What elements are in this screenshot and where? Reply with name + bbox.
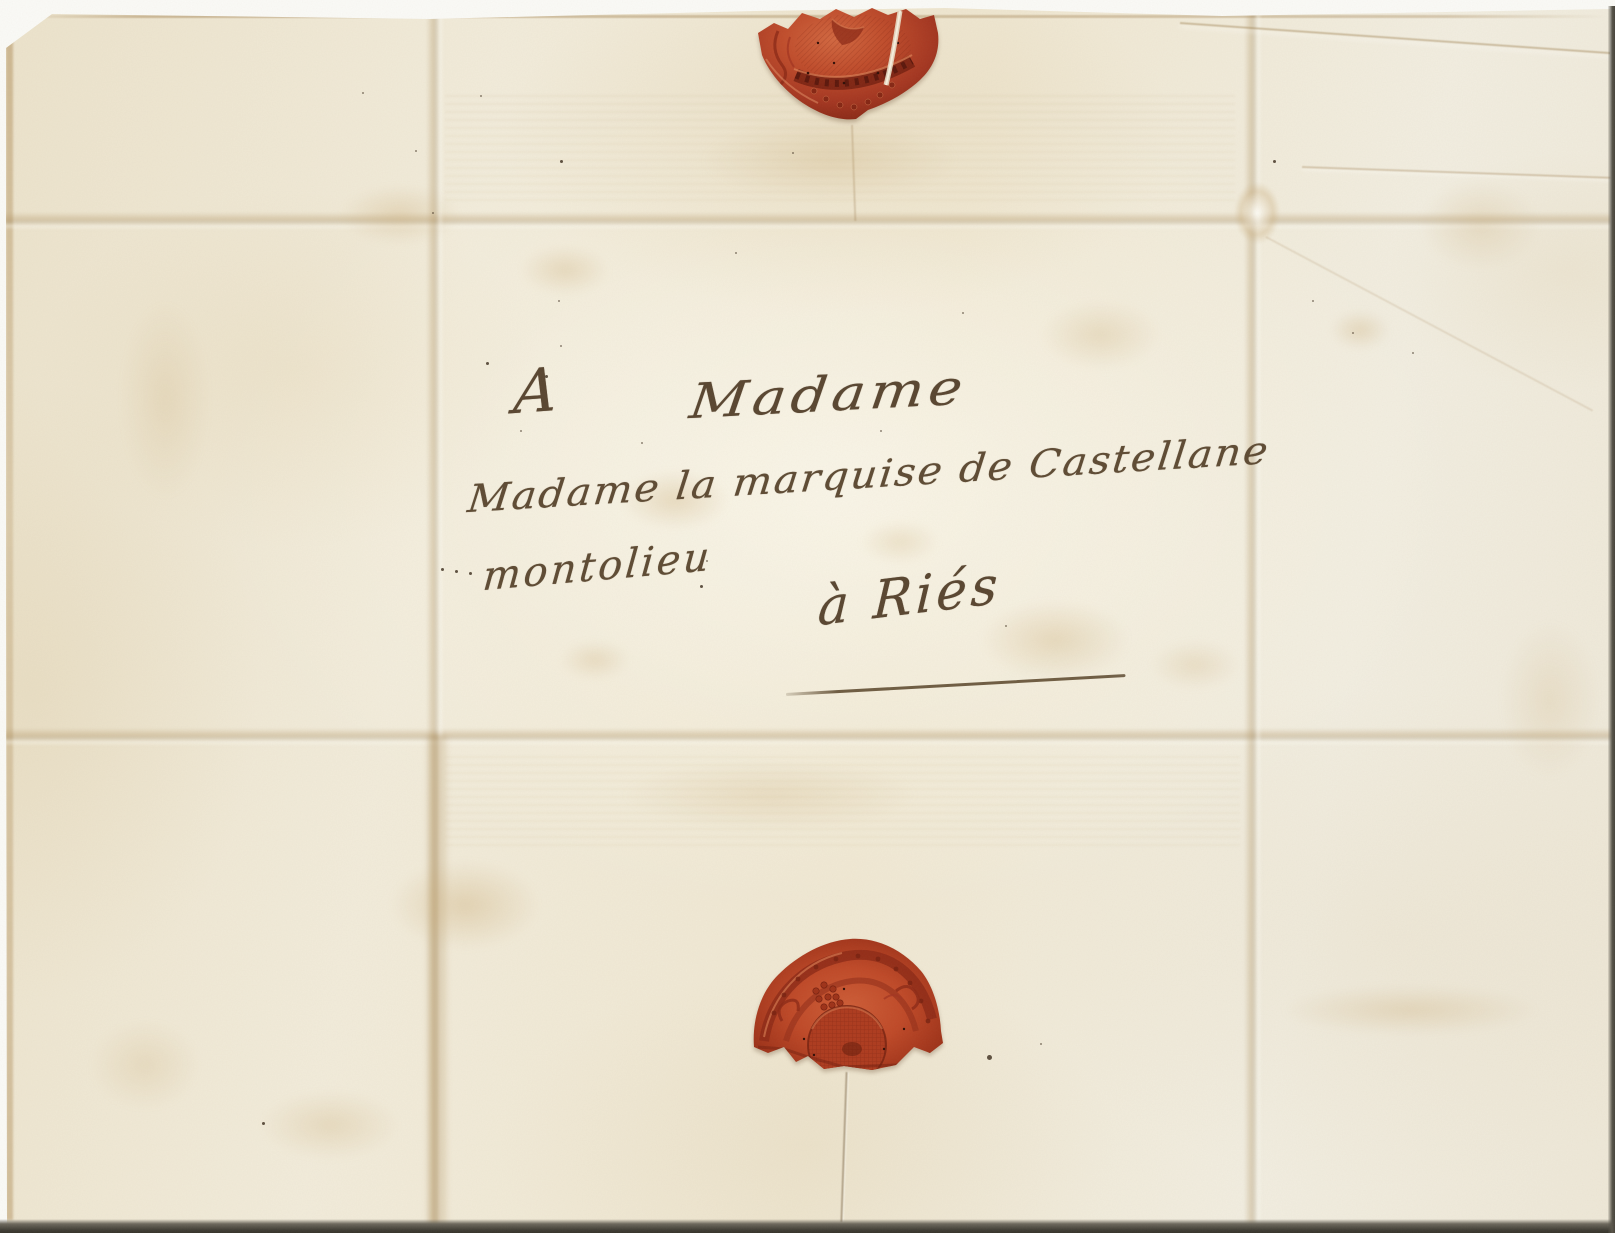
address-destination: à Riés [816, 555, 1003, 638]
stain [860, 520, 940, 564]
stain [1330, 310, 1390, 350]
stain [260, 1090, 400, 1160]
stain [700, 120, 960, 200]
ink-speck [1352, 332, 1354, 334]
stain [90, 1020, 200, 1110]
stain [1280, 985, 1540, 1035]
stain [340, 185, 460, 245]
ink-speck [1273, 160, 1276, 163]
ink-speck [560, 160, 563, 163]
address-underline [786, 674, 1126, 696]
stain [1150, 640, 1240, 690]
stain [560, 640, 630, 680]
address-recipient-title: Madame [687, 359, 971, 430]
red-wax-seal-top [748, 3, 948, 125]
ink-speck [455, 570, 458, 573]
address-recipient-line: Madame la marquise de Castellane [465, 428, 1272, 521]
ink-speck [486, 362, 489, 365]
stain [1040, 300, 1160, 370]
ink-speck [441, 568, 444, 571]
ink-speck [792, 152, 794, 154]
ink-speck [558, 300, 560, 302]
paper-left-edge [6, 40, 13, 1220]
fold-line-horizontal-top [0, 212, 1615, 230]
ink-speck [362, 92, 364, 94]
fold-line-horizontal-bottom [0, 728, 1615, 746]
ink-speck [1005, 625, 1007, 627]
stain [620, 760, 920, 830]
ink-speck [700, 585, 703, 588]
ink-speck [962, 312, 964, 314]
ink-speck [1040, 1043, 1042, 1045]
stain [980, 600, 1130, 680]
stain [390, 860, 540, 950]
fold-tan-shading [424, 735, 450, 1233]
ink-speck [1412, 352, 1414, 354]
scan-shadow-right [1608, 6, 1615, 1233]
ink-speck [880, 430, 882, 432]
red-wax-seal-bottom [744, 929, 950, 1074]
stain [1420, 180, 1540, 270]
paper-tear-bottom [840, 1072, 847, 1222]
stain [120, 300, 210, 500]
flap-edge-crease-2 [1302, 166, 1615, 179]
stain [1500, 620, 1600, 780]
ink-speck [480, 95, 482, 97]
ink-speck [432, 212, 434, 214]
diagonal-crease [1266, 236, 1594, 411]
ink-speck [520, 430, 522, 432]
stain [520, 245, 610, 295]
ink-speck [415, 150, 417, 152]
ink-speck [735, 252, 737, 254]
ink-speck [987, 1055, 992, 1060]
address-prefix: A [512, 355, 562, 429]
scanner-background: A Madame Madame la marquise de Castellan… [0, 0, 1615, 1233]
address-recipient-line2: montolieu [481, 534, 714, 601]
ink-speck [560, 345, 562, 347]
scan-shadow-bottom [0, 1219, 1615, 1233]
ink-speck [262, 1122, 265, 1125]
ink-speck [469, 572, 472, 575]
crease-pinch [1234, 182, 1280, 244]
ink-speck [1312, 300, 1314, 302]
ink-speck [641, 442, 643, 444]
flap-edge-crease [1180, 22, 1615, 55]
